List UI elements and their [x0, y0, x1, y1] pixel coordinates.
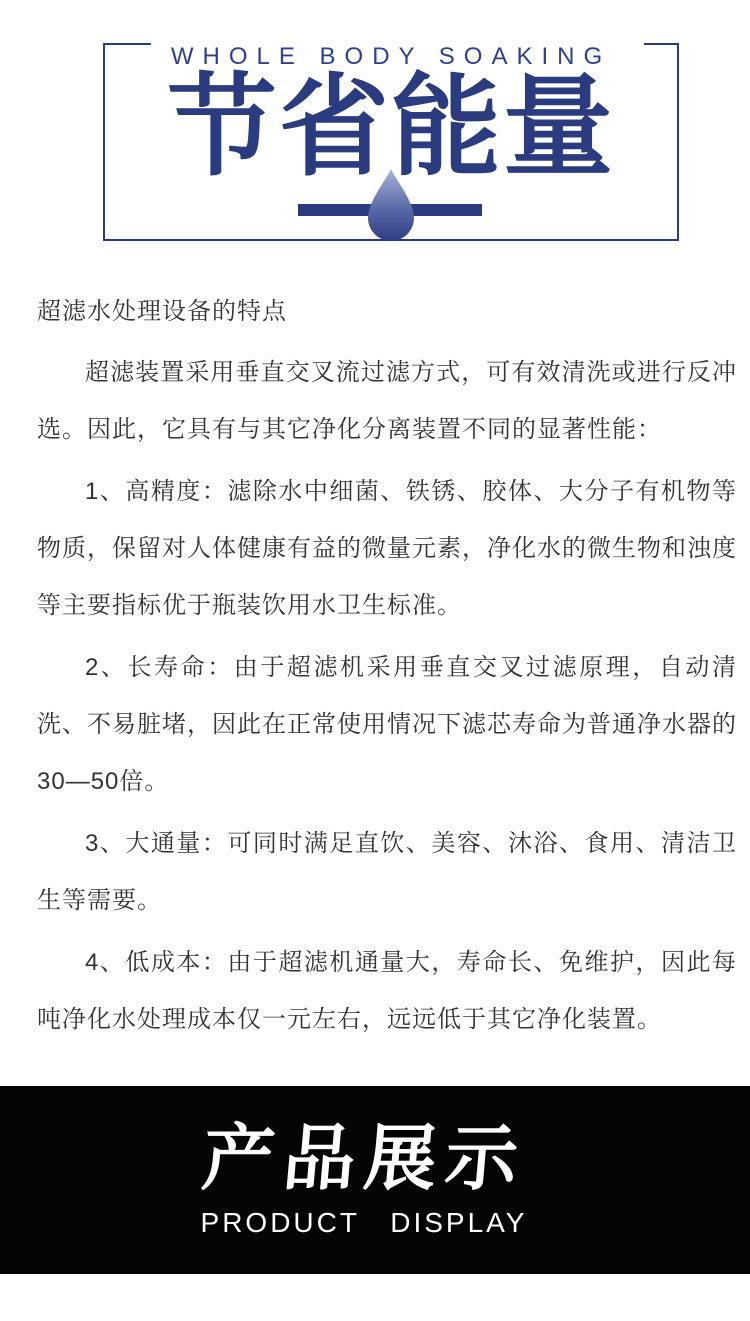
footer-title: 产品展示: [197, 1123, 530, 1195]
product-display-band: 产品展示 PRODUCT DISPLAY: [0, 1086, 750, 1274]
article-paragraph: 1、高精度：滤除水中细菌、铁锈、胶体、大分子有机物等物质，保留对人体健康有益的微…: [37, 463, 737, 634]
article-heading: 超滤水处理设备的特点: [37, 283, 737, 340]
article-paragraph: 2、长寿命：由于超滤机采用垂直交叉过滤原理，自动清洗、不易脏堵，因此在正常使用情…: [37, 639, 737, 810]
paragraph-list: 超滤装置采用垂直交叉流过滤方式，可有效清洗或进行反冲选。因此，它具有与其它净化分…: [37, 344, 737, 1048]
article-paragraph: 4、低成本：由于超滤机通量大，寿命长、免维护，因此每吨净化水处理成本仅一元左右，…: [37, 934, 737, 1048]
article-body: 超滤水处理设备的特点 超滤装置采用垂直交叉流过滤方式，可有效清洗或进行反冲选。因…: [37, 283, 737, 1048]
article-paragraph: 3、大通量：可同时满足直饮、美容、沐浴、食用、清洁卫生等需要。: [37, 815, 737, 929]
footer-inner: 产品展示 PRODUCT DISPLAY: [201, 1123, 528, 1237]
footer-subtitle: PRODUCT DISPLAY: [201, 1209, 528, 1237]
article-paragraph: 超滤装置采用垂直交叉流过滤方式，可有效清洗或进行反冲选。因此，它具有与其它净化分…: [37, 344, 737, 458]
hero-banner: WHOLE BODY SOAKING 节省能量: [103, 43, 679, 241]
water-drop-icon: [368, 169, 414, 241]
